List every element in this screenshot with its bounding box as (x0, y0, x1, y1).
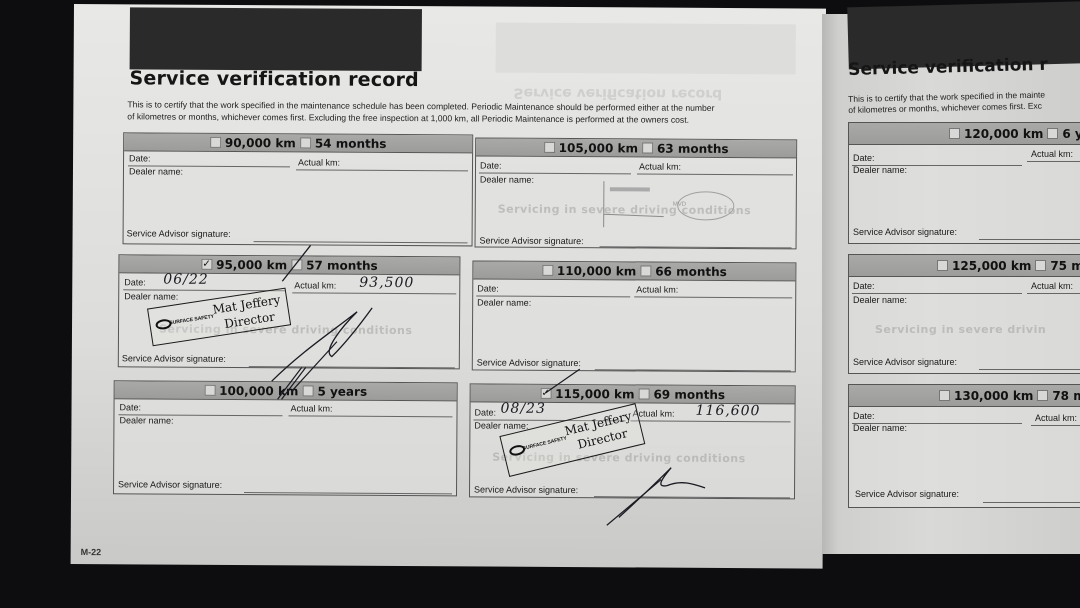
service-record-130000: 130,000 km 78 m Date: Actual km: Dealer … (848, 384, 1080, 508)
date-label: Date: (474, 407, 496, 417)
actual-km-label: Actual km: (291, 403, 333, 413)
bleed-through-bar (496, 23, 796, 75)
months-checkbox[interactable] (640, 265, 651, 276)
months-checkbox[interactable] (1037, 390, 1048, 401)
service-record-125000: 125,000 km 75 mo Date: Actual km: Dealer… (848, 254, 1080, 374)
signature-label: Service Advisor signature: (127, 228, 231, 239)
record-header: 105,000 km 63 months (476, 138, 796, 158)
months-checkbox[interactable] (642, 142, 653, 153)
dealer-logo: SURFACE SAFETY (155, 312, 214, 335)
date-label: Date: (853, 411, 875, 421)
right-page: Service verification r This is to certif… (822, 14, 1080, 554)
dealer-name-label: Dealer name: (477, 297, 531, 307)
service-record-105000: 105,000 km 63 months Date: Actual km: De… (475, 137, 798, 249)
date-label: Date: (124, 277, 146, 287)
bleed-through-watermark: Servicing in severe drivin (875, 323, 1046, 336)
date-label: Date: (120, 402, 142, 412)
header-bar (130, 7, 422, 71)
dealer-name-label: Dealer name: (480, 174, 534, 184)
months-checkbox[interactable] (1035, 260, 1046, 271)
signature-label: Service Advisor signature: (853, 227, 957, 237)
actual-km-label: Actual km: (1035, 413, 1077, 423)
km-checkbox[interactable] (949, 128, 960, 139)
date-label: Date: (853, 281, 875, 291)
faint-stamp-text: MVD (673, 202, 686, 208)
date-label: Date: (129, 153, 151, 163)
page-number: M-22 (81, 547, 102, 557)
intro-text: This is to certify that the work specifi… (127, 99, 817, 126)
km-checkbox[interactable]: ✓ (201, 259, 212, 270)
left-page: Service verification record Service veri… (71, 4, 826, 569)
actual-km-label: Actual km: (298, 157, 340, 167)
actual-km-label: Actual km: (1031, 149, 1073, 159)
actual-km-label: Actual km: (639, 161, 681, 171)
dealer-logo: SURFACE SAFETY (508, 434, 568, 461)
signature-label: Service Advisor signature: (855, 489, 959, 499)
page-title: Service verification record (129, 67, 418, 91)
record-header: 130,000 km 78 m (849, 385, 1080, 407)
signature-label: Service Advisor signature: (474, 484, 578, 495)
km-checkbox[interactable] (544, 142, 555, 153)
km-checkbox[interactable] (210, 137, 221, 148)
handwritten-date: 06/22 (163, 272, 208, 288)
tick-mark-115000 (542, 365, 582, 395)
km-checkbox[interactable] (542, 265, 553, 276)
km-checkbox[interactable] (937, 260, 948, 271)
dealer-name-label: Dealer name: (129, 166, 183, 176)
km-checkbox[interactable] (939, 390, 950, 401)
dealer-name-label: Dealer name: (124, 291, 178, 301)
page-title: Service verification r (848, 55, 1048, 80)
actual-km-label: Actual km: (636, 284, 678, 294)
service-record-110000: 110,000 km 66 months Date: Actual km: De… (472, 260, 797, 372)
record-header: 90,000 km 54 months (124, 133, 472, 153)
signature-label: Service Advisor signature: (122, 353, 226, 364)
date-label: Date: (480, 160, 502, 170)
date-label: Date: (477, 283, 499, 293)
km-checkbox[interactable] (204, 385, 215, 396)
dealer-name-label: Dealer name: (474, 420, 528, 430)
dealer-name-label: Dealer name: (119, 415, 173, 425)
actual-km-label: Actual km: (1031, 281, 1073, 291)
intro-text: This is to certify that the work specifi… (848, 87, 1080, 116)
months-checkbox[interactable] (300, 137, 311, 148)
tick-mark-100000 (272, 361, 312, 401)
dealer-name-label: Dealer name: (853, 295, 907, 305)
record-header: 110,000 km 66 months (473, 261, 795, 281)
record-header: 120,000 km 6 yea (849, 123, 1080, 145)
dealer-name-label: Dealer name: (853, 423, 907, 433)
signature-label: Service Advisor signature: (853, 357, 957, 367)
advisor-signature-115000 (601, 457, 711, 528)
bleed-through-title: Service verification record (513, 85, 722, 102)
service-record-90000: 90,000 km 54 months Date: Actual km: Dea… (123, 132, 474, 246)
date-label: Date: (853, 153, 875, 163)
faint-stamp-mark (594, 179, 794, 235)
dealer-name-label: Dealer name: (853, 165, 907, 175)
signature-label: Service Advisor signature: (118, 479, 222, 490)
months-checkbox[interactable] (1047, 128, 1058, 139)
record-header: 125,000 km 75 mo (849, 255, 1080, 277)
service-record-120000: 120,000 km 6 yea Date: Actual km: Dealer… (848, 122, 1080, 244)
handwritten-actual-km: 116,600 (695, 403, 760, 419)
months-checkbox[interactable] (638, 388, 649, 399)
handwritten-date: 08/23 (500, 401, 545, 417)
signature-label: Service Advisor signature: (480, 235, 584, 246)
